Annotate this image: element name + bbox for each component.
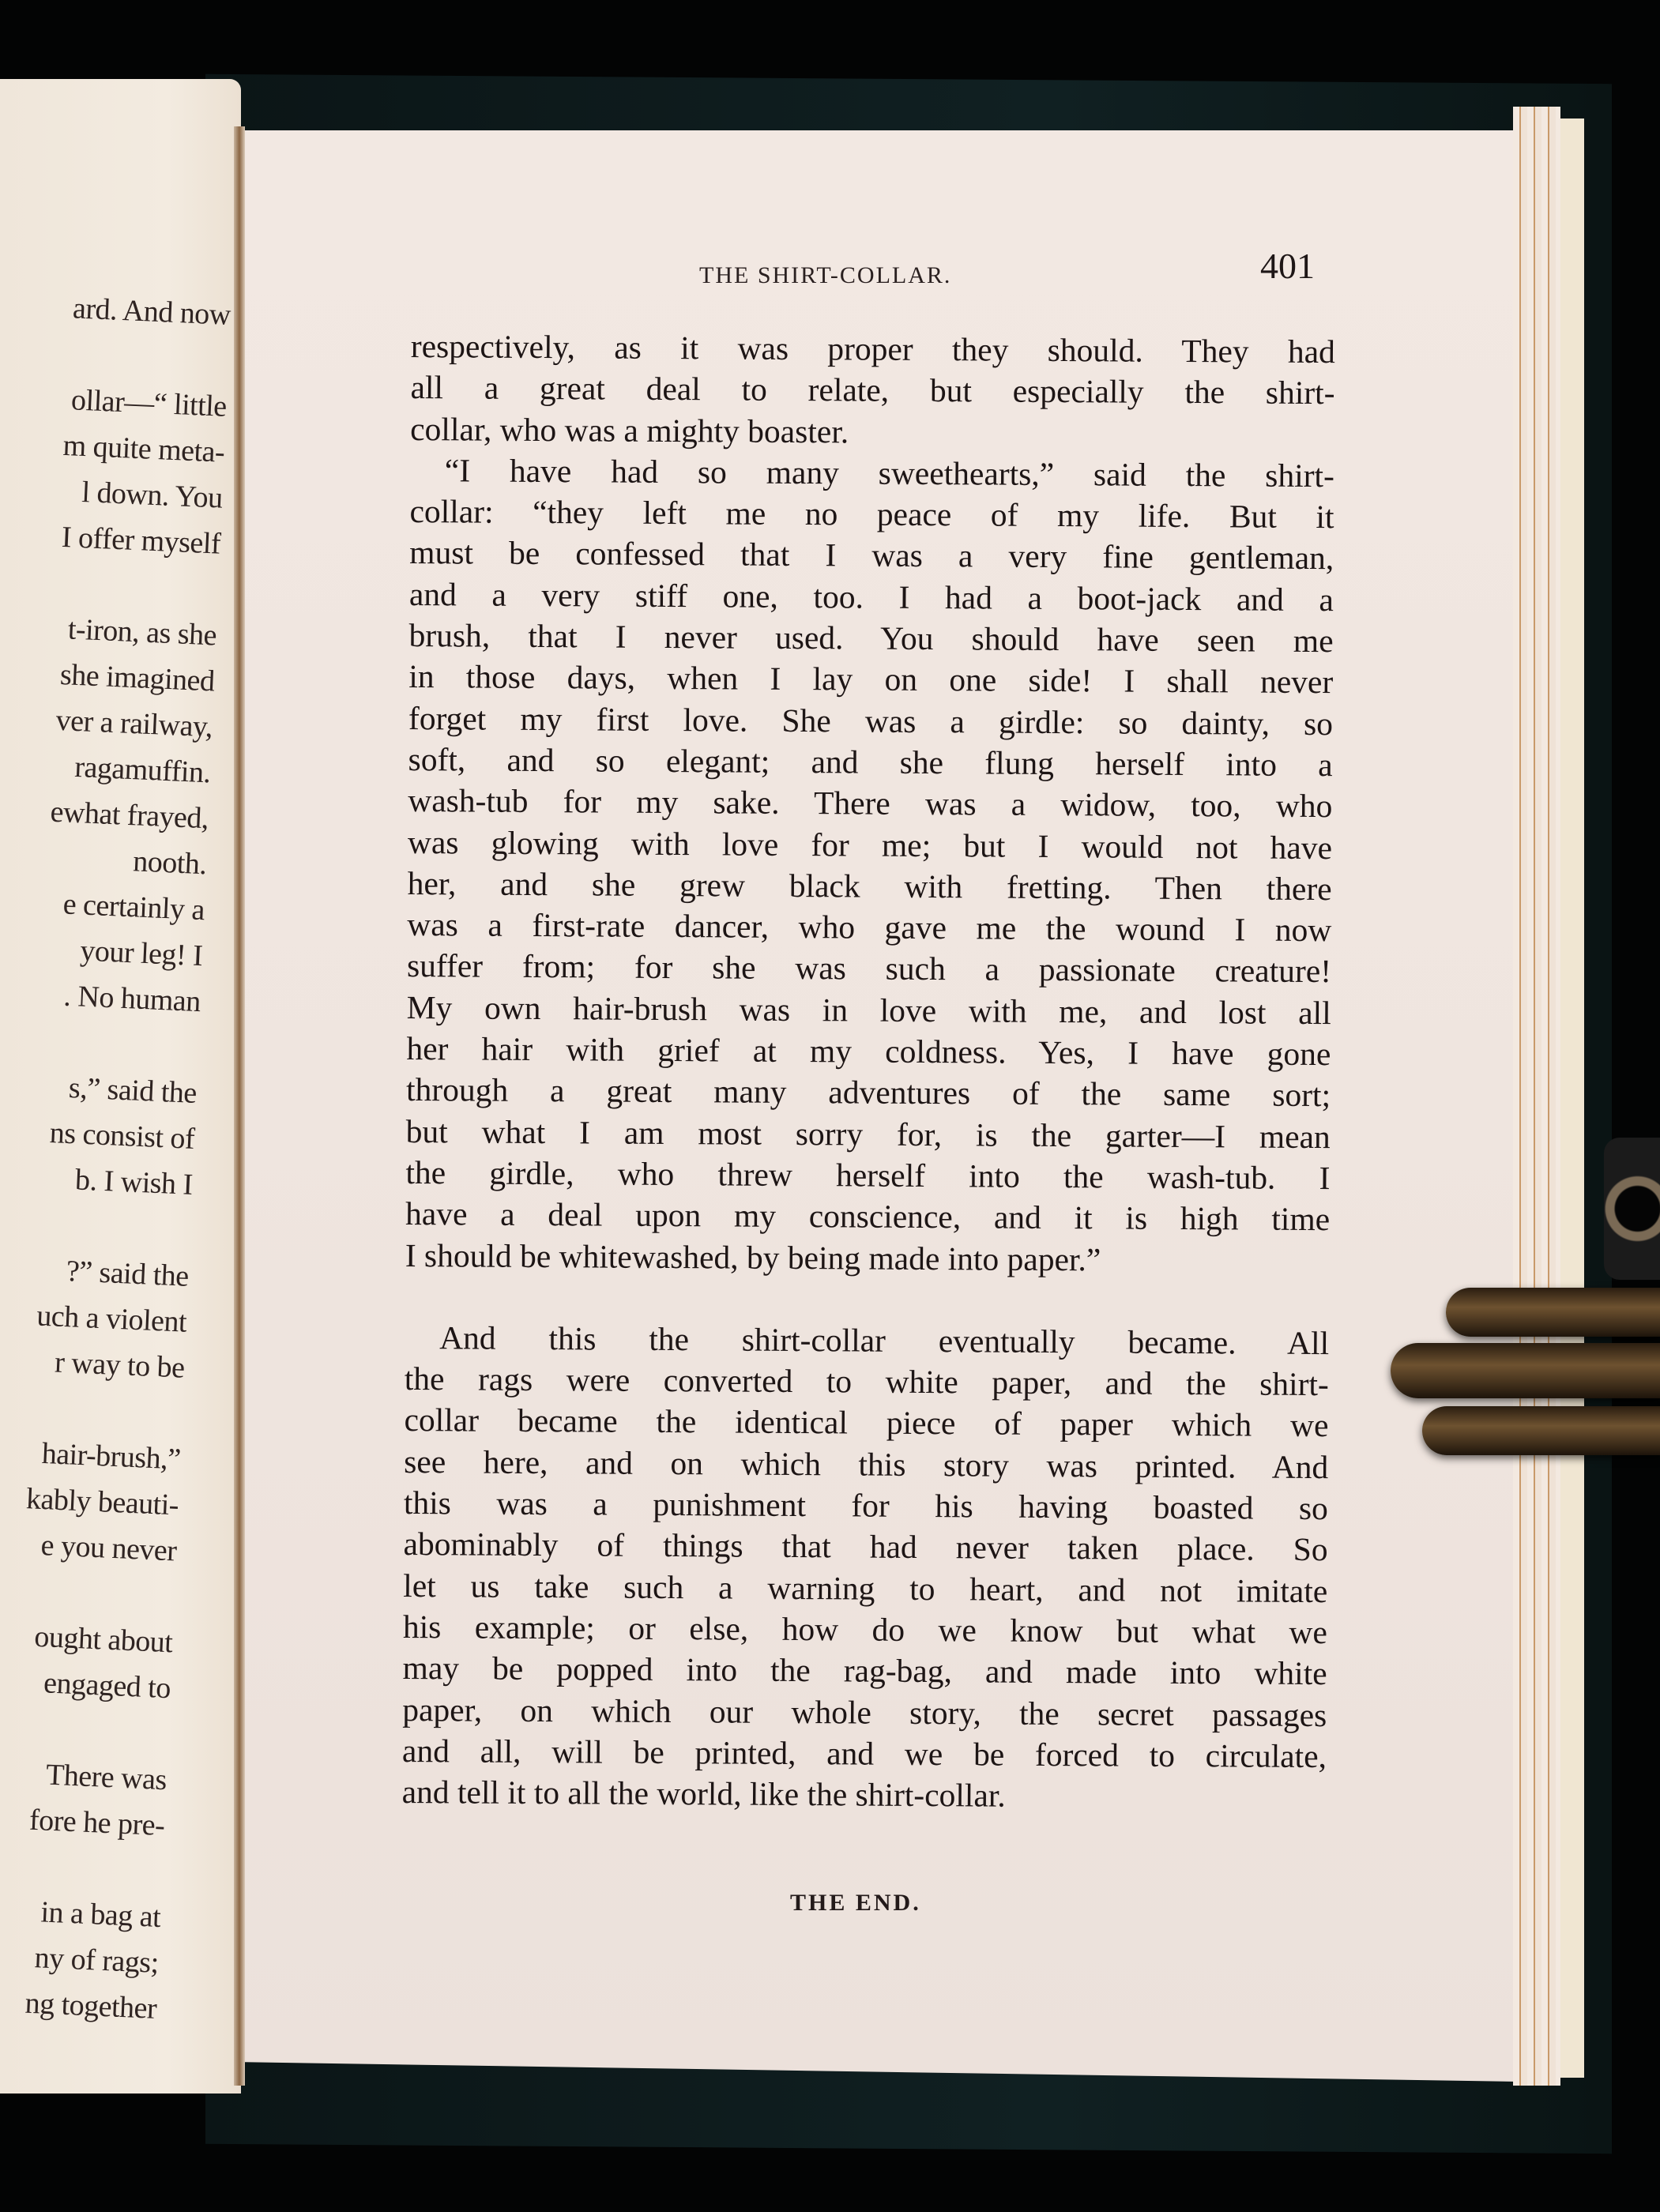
page-fore-edge bbox=[1513, 107, 1560, 2086]
page-edge-margin bbox=[1560, 118, 1584, 2078]
book-clasp bbox=[1391, 1280, 1660, 1477]
left-page: ard. And nowollar—“ littlem quite meta-l… bbox=[0, 79, 241, 2093]
text-line: her hair with grief at my coldness. Yes,… bbox=[406, 1028, 1331, 1074]
text-line: forget my first love. She was a girdle: … bbox=[408, 698, 1333, 744]
text-line: I should be whitewashed, by being made i… bbox=[405, 1235, 1330, 1281]
text-line: collar: “they left me no peace of my lif… bbox=[409, 491, 1334, 537]
left-text-fragment: ?” said the bbox=[0, 1243, 190, 1300]
clasp-prong bbox=[1422, 1406, 1660, 1455]
page-number: 401 bbox=[1260, 245, 1315, 287]
text-line: let us take such a warning to heart, and… bbox=[403, 1565, 1327, 1612]
left-text-fragment: uch a violent bbox=[0, 1289, 187, 1345]
text-line: collar became the identical piece of pap… bbox=[404, 1399, 1328, 1446]
text-line: the rags were converted to white paper, … bbox=[405, 1358, 1329, 1405]
text-line: abominably of things that had never take… bbox=[403, 1523, 1327, 1570]
text-line: respectively, as it was proper they shou… bbox=[411, 325, 1335, 372]
text-line: suffer from; for she was such a passiona… bbox=[407, 945, 1331, 991]
text-line: And this the shirt-collar eventually bec… bbox=[405, 1317, 1329, 1364]
left-text-fragment: r way to be bbox=[0, 1335, 186, 1391]
text-line: wash-tub for my sake. There was a widow,… bbox=[408, 780, 1332, 826]
text-line: this was a punishment for his having boa… bbox=[404, 1482, 1328, 1529]
text-line: her, and she grew black with fretting. T… bbox=[408, 863, 1332, 909]
text-line: and tell it to all the world, like the s… bbox=[402, 1771, 1327, 1818]
text-line: see here, and on which this story was pr… bbox=[404, 1441, 1328, 1488]
left-text-fragment: kably beauti- bbox=[0, 1472, 179, 1528]
text-line: and a very stiff one, too. I had a boot-… bbox=[409, 574, 1334, 620]
left-text-fragment: b. I wish I bbox=[0, 1152, 194, 1208]
left-page-text: ard. And nowollar—“ littlem quite meta-l… bbox=[0, 282, 231, 2032]
left-text-fragment: your leg! I bbox=[0, 923, 204, 979]
text-line: collar, who was a mighty boaster. bbox=[410, 408, 1334, 455]
left-text-fragment: e you never bbox=[0, 1518, 178, 1574]
text-line: My own hair-brush was in love with me, a… bbox=[407, 987, 1331, 1033]
text-line: and all, will be printed, and we be forc… bbox=[402, 1730, 1327, 1777]
text-line: have a deal upon my conscience, and it i… bbox=[405, 1193, 1330, 1240]
left-text-fragment: nooth. bbox=[0, 831, 208, 887]
left-text-fragment: ns consist of bbox=[0, 1106, 195, 1162]
left-text-fragment: e certainly a bbox=[0, 877, 205, 933]
text-line: soft, and so elegant; and she flung hers… bbox=[408, 739, 1332, 785]
book-gutter bbox=[234, 126, 245, 2086]
text-line: in those days, when I lay on one side! I… bbox=[408, 656, 1333, 702]
clasp-prong bbox=[1446, 1288, 1660, 1337]
left-text-fragment: s,” said the bbox=[0, 1060, 198, 1116]
left-text-fragment: hair-brush,” bbox=[0, 1427, 182, 1483]
text-line: but what I am most sorry for, is the gar… bbox=[406, 1111, 1331, 1157]
text-line: “I have had so many sweethearts,” said t… bbox=[410, 450, 1334, 496]
left-text-fragment: . No human bbox=[0, 969, 201, 1025]
text-line: was a first-rate dancer, who gave me the… bbox=[407, 904, 1331, 950]
text-line: all a great deal to relate, but especial… bbox=[410, 367, 1334, 413]
text-line: brush, that I never used. You should hav… bbox=[408, 615, 1333, 661]
clasp-prong bbox=[1391, 1343, 1660, 1398]
text-line: his example; or else, how do we know but… bbox=[403, 1606, 1327, 1653]
paragraph-gap bbox=[405, 1276, 1329, 1322]
text-line: the girdle, who threw herself into the w… bbox=[405, 1152, 1330, 1198]
text-line: paper, on which our whole story, the sec… bbox=[402, 1688, 1327, 1735]
page-body-text: respectively, as it was proper they shou… bbox=[402, 325, 1335, 1819]
text-line: through a great many adventures of the s… bbox=[406, 1069, 1331, 1115]
clasp-hinge-icon bbox=[1604, 1138, 1660, 1280]
text-line: must be confessed that I was a very fine… bbox=[409, 532, 1334, 578]
running-head: THE SHIRT-COLLAR. bbox=[699, 262, 951, 289]
end-mark: THE END. bbox=[790, 1890, 921, 1917]
text-line: may be popped into the rag-bag, and made… bbox=[402, 1647, 1327, 1694]
text-line: was glowing with love for me; but I woul… bbox=[408, 822, 1332, 868]
